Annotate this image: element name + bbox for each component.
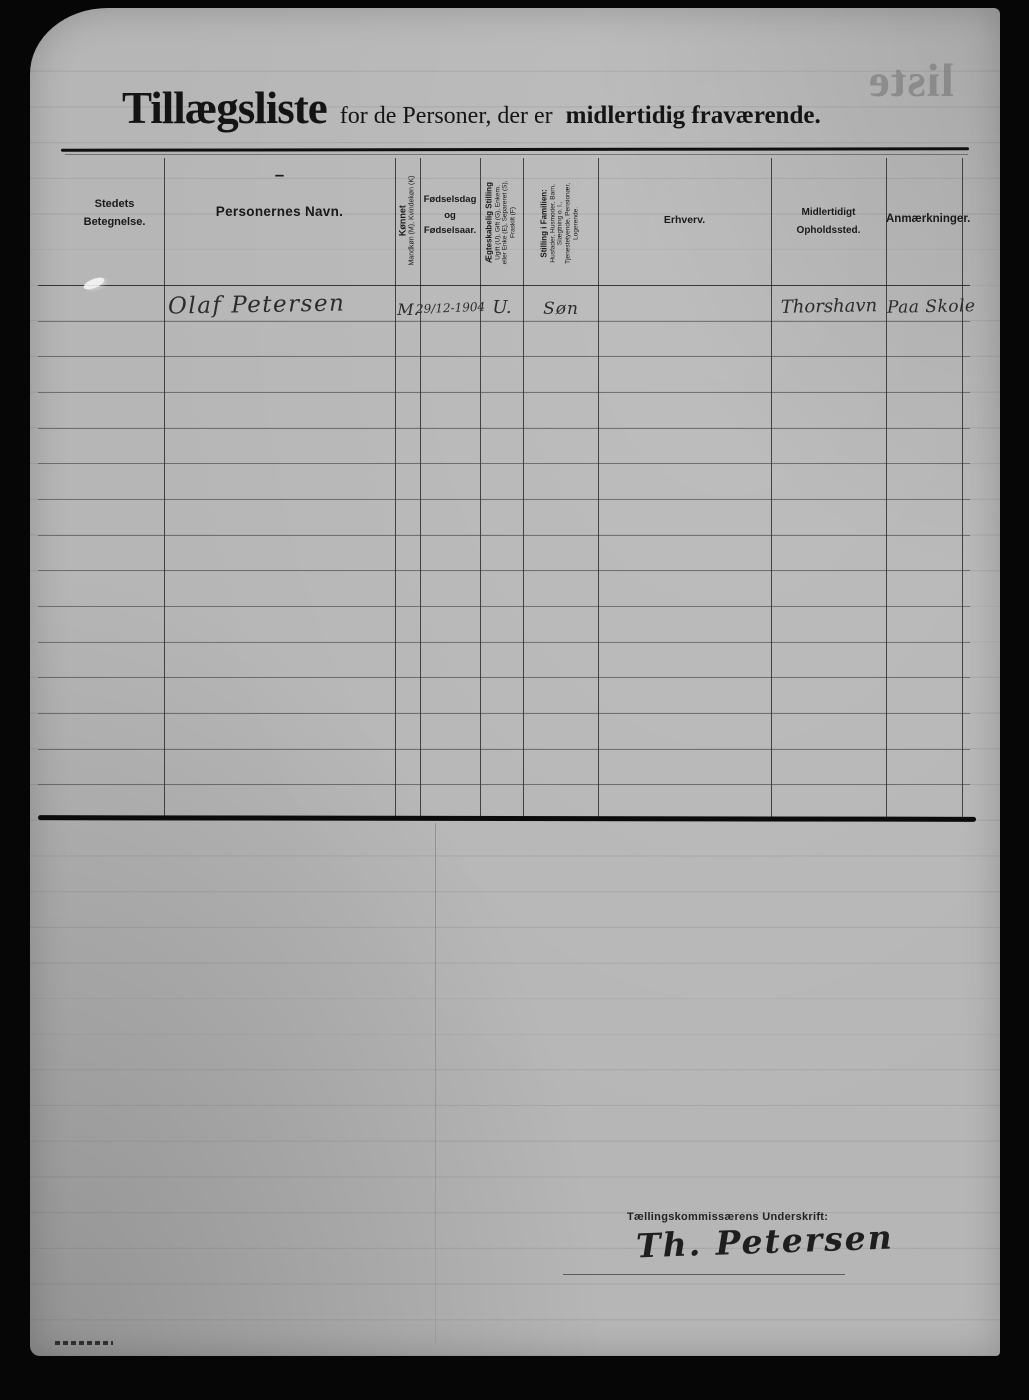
header-stil-line2: Husfader, Husmoder, Barn, <box>549 162 557 284</box>
header-aegt-line2: Ugift (U), Gift (G), Enkem. <box>494 161 502 283</box>
header-foedselsdag: Fødselsdag og Fødselsaar. <box>420 192 480 239</box>
header-stil-line3: Slægtning o. l., <box>557 162 565 284</box>
table-row-line <box>38 321 970 322</box>
header-midlertidigt-opholdssted: Midlertidigt Opholdssted. <box>771 204 886 240</box>
table-column-line <box>480 158 481 820</box>
entry-navn: Olaf Petersen <box>168 290 346 319</box>
table-row-line <box>38 642 970 643</box>
table-row-line <box>38 713 970 714</box>
title-main: Tillægsliste <box>122 82 327 134</box>
entry-aegteskabelig-stilling: U. <box>480 297 524 318</box>
header-stil-line1: Stilling i Familien: <box>540 162 550 284</box>
header-erhverv: Erhverv. <box>598 214 771 226</box>
header-ophold-line1: Midlertidigt <box>802 207 856 218</box>
table-row-line <box>38 784 970 785</box>
header-koennet: Kønnet Mandkøn (M), Kvindekøn (K) <box>397 160 416 282</box>
header-sted-line1: Stedets <box>95 198 135 210</box>
title-emphasis: midlertidig fraværende. <box>566 102 821 130</box>
entry-opholdssted: Thorshavn <box>771 295 887 318</box>
table-column-line <box>523 158 524 820</box>
paper-sheet: liste Tillægsliste for de Personer, der … <box>30 8 1000 1356</box>
table-column-line <box>962 158 963 820</box>
title-rule-thin <box>65 154 968 155</box>
title-mid: for de Personer, der er <box>340 103 553 130</box>
header-koen-line1: Kønnet <box>397 160 408 282</box>
table-row-line <box>38 499 970 500</box>
table-row-line <box>38 570 970 571</box>
header-stil-line5: Logerende. <box>573 162 581 284</box>
header-foedsel-line1: Fødselsdag <box>424 194 477 205</box>
table-row-line <box>38 677 970 678</box>
header-navn-dash: – <box>164 166 395 183</box>
header-foedsel-line2: og <box>444 210 456 221</box>
table-row-line <box>38 356 970 357</box>
table-column-line <box>598 158 599 820</box>
header-stil-line4: Tjenestetyende, Pensionær, <box>565 162 573 284</box>
entry-foedselsdato: 29/12-1904 <box>416 300 482 316</box>
table-row-line <box>38 535 970 536</box>
table-row-line <box>38 428 970 429</box>
table-column-line <box>771 158 772 820</box>
table-column-line <box>420 158 421 820</box>
table-header-bottom-line <box>38 285 970 286</box>
header-aegt-line3: eller Enke (E), Separeret (S), <box>502 161 510 283</box>
header-anmaerkninger: Anmærkninger. <box>886 213 968 225</box>
table-column-line <box>164 158 165 820</box>
bleedthrough-text: liste <box>868 54 954 108</box>
header-stilling-i-familien: Stilling i Familien: Husfader, Husmoder,… <box>540 162 581 284</box>
page-title: Tillægsliste for de Personer, der er mid… <box>122 82 821 134</box>
header-foedsel-line3: Fødselsaar. <box>424 225 476 236</box>
table-row-line <box>38 463 970 464</box>
table-column-line <box>886 158 887 820</box>
header-aegt-line4: Fraskilt (F) <box>510 161 518 283</box>
table-row-line <box>38 606 970 607</box>
table-column-line <box>395 158 396 820</box>
table-row-line <box>38 749 970 750</box>
signature-line <box>563 1274 845 1275</box>
header-sted-line2: Betegnelse. <box>84 216 146 228</box>
bleedthrough-vertical-line <box>435 823 436 1343</box>
entry-anmaerkning: Paa Skole <box>887 296 976 318</box>
header-koen-line2: Mandkøn (M), Kvindekøn (K) <box>408 160 416 282</box>
header-personernes-navn: Personernes Navn. <box>164 204 395 219</box>
scan-background: { "document": { "title": { "main": "Till… <box>0 0 1029 1400</box>
header-aegt-line1: Ægteskabelig Stilling <box>485 161 495 283</box>
table-row-line <box>38 392 970 393</box>
header-stedets-betegnelse: Stedets Betegnelse. <box>65 196 164 231</box>
entry-stilling-i-familien: Søn <box>523 299 599 319</box>
header-aegteskabelig-stilling: Ægteskabelig Stilling Ugift (U), Gift (G… <box>485 161 518 283</box>
printer-mark <box>55 1341 113 1345</box>
header-ophold-line2: Opholdssted. <box>797 225 861 236</box>
